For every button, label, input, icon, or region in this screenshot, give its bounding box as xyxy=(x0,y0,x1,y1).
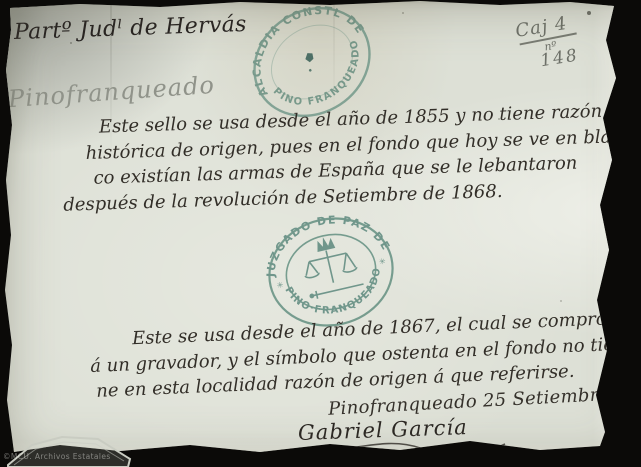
district-inscription: Partº Judˡ de Hervás xyxy=(14,12,247,45)
star-left-icon: ✳ xyxy=(276,280,285,290)
archive-box-annotation: Caj 4 nº 148 xyxy=(514,14,581,75)
signature-rubric xyxy=(300,438,510,460)
scan-background: Partº Judˡ de Hervás Pinofranqueado Caj … xyxy=(0,0,641,467)
document-page: Partº Judˡ de Hervás Pinofranqueado Caj … xyxy=(0,0,641,467)
scales-icon xyxy=(301,245,359,289)
star-right-icon: ✳ xyxy=(378,256,387,266)
crown-icon xyxy=(316,237,335,252)
paper-specks xyxy=(0,0,2,2)
folded-corner xyxy=(0,427,150,467)
ink-dot xyxy=(308,69,312,73)
torn-edge-highlight-right xyxy=(593,0,623,467)
archive-watermark: ©MCU. Archivos Estatales xyxy=(3,452,111,461)
ink-blot xyxy=(303,51,315,63)
caj-number: 148 xyxy=(539,48,581,72)
